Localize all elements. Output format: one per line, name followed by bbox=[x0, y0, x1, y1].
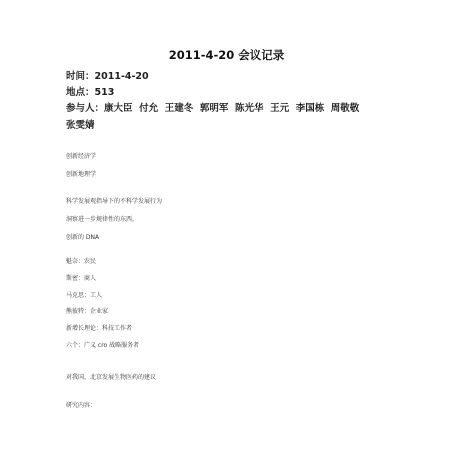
note-line: 新增长理论：科技工作者 bbox=[66, 323, 132, 332]
note-line: 洞察进一步规律性的东西， bbox=[66, 214, 138, 223]
note-line: 创新的 DNA bbox=[66, 232, 99, 241]
attendees-line-2: 张雯婧 bbox=[66, 117, 95, 131]
note-line: 研究内容： bbox=[66, 400, 96, 409]
meeting-time: 时间：2011-4-20 bbox=[66, 68, 149, 82]
note-line: 马克思：工人 bbox=[66, 290, 102, 299]
note-line: 科学发展观指导下的不科学发展行为 bbox=[66, 196, 162, 205]
document-title: 2011-4-20 会议记录 bbox=[0, 47, 453, 63]
note-line: 魁奈：农民 bbox=[66, 256, 96, 265]
note-line: 创新地理学 bbox=[66, 169, 96, 178]
attendees-line-1: 参与人：康大臣 付允 王建冬 郭明军 陈光华 王元 李国栋 周敬敬 bbox=[66, 100, 359, 114]
note-line: 斯密：商人 bbox=[66, 273, 96, 282]
note-line: 六个：广义 cro 战略服务者 bbox=[66, 340, 139, 349]
note-line: 对我国、北京发展生物医药的建议 bbox=[66, 372, 156, 381]
note-line: 熊彼特：企业家 bbox=[66, 306, 108, 315]
meeting-place: 地点：513 bbox=[66, 84, 114, 98]
note-line: 创新经济学 bbox=[66, 151, 96, 160]
